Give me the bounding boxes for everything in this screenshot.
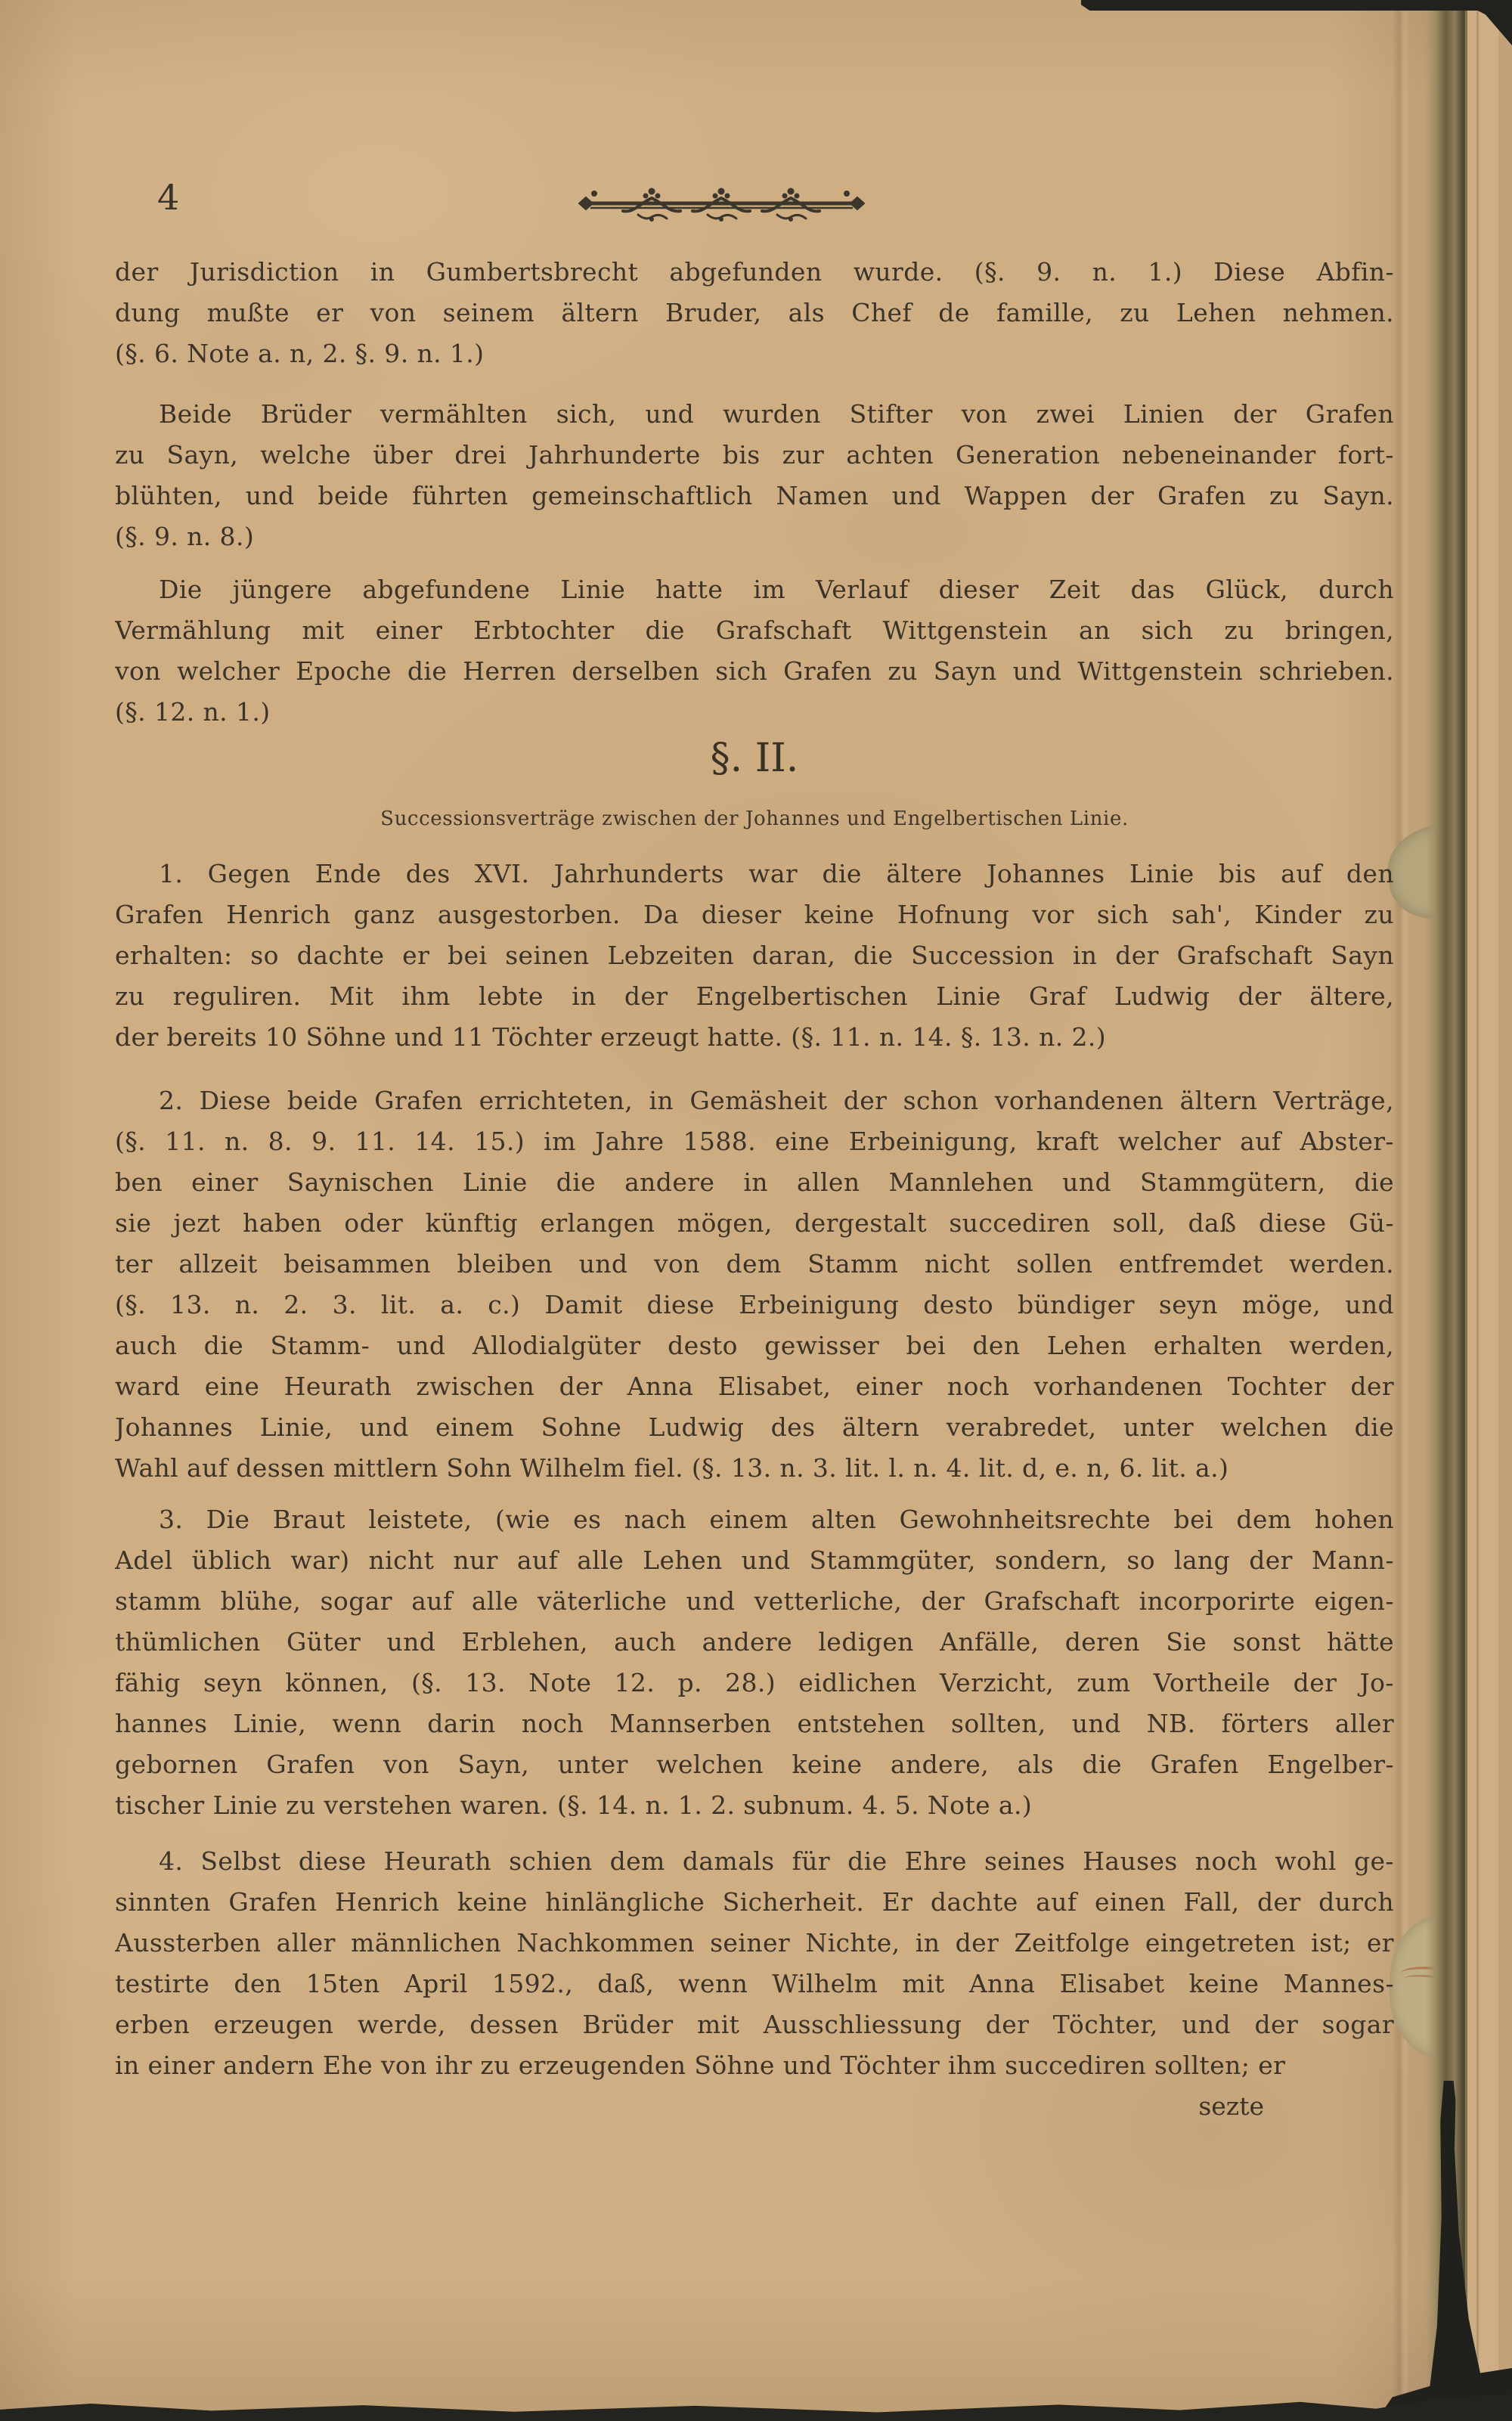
text-line: (§. 12. n. 1.) bbox=[115, 692, 1394, 733]
text-line: ben einer Saynischen Linie die andere in… bbox=[115, 1162, 1394, 1203]
text-line: 1. Gegen Ende des XVI. Jahrhunderts war … bbox=[115, 854, 1394, 894]
numbered-paragraph-3: 3. Die Braut leistete, (wie es nach eine… bbox=[115, 1499, 1394, 1826]
text-line: stamm blühe, sogar auf alle väterliche u… bbox=[115, 1581, 1394, 1622]
adjacent-page-edge bbox=[1465, 0, 1512, 2421]
text-line: der Jurisdiction in Gumbertsbrecht abgef… bbox=[115, 252, 1394, 293]
scan-background-top bbox=[1081, 0, 1512, 11]
numbered-paragraph-2: 2. Diese beide Grafen errichteten, in Ge… bbox=[115, 1080, 1394, 1489]
text-line: thümlichen Güter und Erblehen, auch ande… bbox=[115, 1622, 1394, 1663]
scan-background-bottom bbox=[0, 2394, 1512, 2421]
text-line: tischer Linie zu verstehen waren. (§. 14… bbox=[115, 1785, 1394, 1826]
section-heading: §. II. bbox=[115, 736, 1394, 781]
text-line: zu Sayn, welche über drei Jahrhunderte b… bbox=[115, 435, 1394, 476]
numbered-paragraph-4: 4. Selbst diese Heurath schien dem damal… bbox=[115, 1841, 1394, 2086]
text-line: zu reguliren. Mit ihm lebte in der Engel… bbox=[115, 976, 1394, 1017]
text-line: sie jezt haben oder künftig erlangen mög… bbox=[115, 1203, 1394, 1244]
text-line: 3. Die Braut leistete, (wie es nach eine… bbox=[115, 1499, 1394, 1540]
text-line: Vermählung mit einer Erbtochter die Graf… bbox=[115, 610, 1394, 651]
text-column: der Jurisdiction in Gumbertsbrecht abgef… bbox=[115, 252, 1394, 2125]
section-subtitle: Successionsverträge zwischen der Johanne… bbox=[115, 805, 1394, 832]
text-line: Grafen Henrich ganz ausgestorben. Da die… bbox=[115, 894, 1394, 935]
text-line: blühten, und beide führten gemeinschaftl… bbox=[115, 476, 1394, 516]
text-line: 2. Diese beide Grafen errichteten, in Ge… bbox=[115, 1080, 1394, 1121]
text-line: Beide Brüder vermählten sich, und wurden… bbox=[115, 394, 1394, 435]
text-line: (§. 6. Note a. n, 2. §. 9. n. 1.) bbox=[115, 333, 1394, 374]
text-line: Adel üblich war) nicht nur auf alle Lehe… bbox=[115, 1540, 1394, 1581]
text-line: gebornen Grafen von Sayn, unter welchen … bbox=[115, 1744, 1394, 1785]
binding-gutter bbox=[1426, 0, 1468, 2421]
catchword: sezte bbox=[115, 2088, 1394, 2125]
text-line: Johannes Linie, und einem Sohne Ludwig d… bbox=[115, 1407, 1394, 1448]
floral-rule-ornament bbox=[576, 184, 867, 227]
page-number: 4 bbox=[157, 177, 179, 218]
text-line: (§. 11. n. 8. 9. 11. 14. 15.) im Jahre 1… bbox=[115, 1121, 1394, 1162]
text-line: auch die Stamm- und Allodialgüter desto … bbox=[115, 1325, 1394, 1366]
text-line: ter allzeit beisammen bleiben und von de… bbox=[115, 1244, 1394, 1285]
page-crease bbox=[1393, 0, 1409, 2421]
text-line: Die jüngere abgefundene Linie hatte im V… bbox=[115, 569, 1394, 610]
text-line: Aussterben aller männlichen Nachkommen s… bbox=[115, 1923, 1394, 1964]
numbered-paragraph-1: 1. Gegen Ende des XVI. Jahrhunderts war … bbox=[115, 854, 1394, 1058]
text-line: 4. Selbst diese Heurath schien dem damal… bbox=[115, 1841, 1394, 1882]
text-line: fähig seyn können, (§. 13. Note 12. p. 2… bbox=[115, 1663, 1394, 1703]
paragraph-beide-brueder: Beide Brüder vermählten sich, und wurden… bbox=[115, 394, 1394, 557]
text-line: sinnten Grafen Henrich keine hinlänglich… bbox=[115, 1882, 1394, 1923]
text-line: von welcher Epoche die Herren derselben … bbox=[115, 651, 1394, 692]
text-line: der bereits 10 Söhne und 11 Töchter erze… bbox=[115, 1017, 1394, 1058]
text-line: erben erzeugen werde, dessen Brüder mit … bbox=[115, 2004, 1394, 2045]
text-line: erhalten: so dachte er bei seinen Lebzei… bbox=[115, 935, 1394, 976]
text-line: (§. 9. n. 8.) bbox=[115, 516, 1394, 557]
book-page-scan: 4 bbox=[0, 0, 1512, 2421]
text-line: dung mußte er von seinem ältern Bruder, … bbox=[115, 293, 1394, 333]
text-line: hannes Linie, wenn darin noch Mannserben… bbox=[115, 1703, 1394, 1744]
text-line: in einer andern Ehe von ihr zu erzeugend… bbox=[115, 2045, 1394, 2086]
paragraph-continuation: der Jurisdiction in Gumbertsbrecht abgef… bbox=[115, 252, 1394, 374]
text-line: (§. 13. n. 2. 3. lit. a. c.) Damit diese… bbox=[115, 1285, 1394, 1325]
text-line: ward eine Heurath zwischen der Anna Elis… bbox=[115, 1366, 1394, 1407]
paragraph-juengere-linie: Die jüngere abgefundene Linie hatte im V… bbox=[115, 569, 1394, 733]
text-line: testirte den 15ten April 1592., daß, wen… bbox=[115, 1964, 1394, 2004]
text-line: Wahl auf dessen mittlern Sohn Wilhelm fi… bbox=[115, 1448, 1394, 1489]
